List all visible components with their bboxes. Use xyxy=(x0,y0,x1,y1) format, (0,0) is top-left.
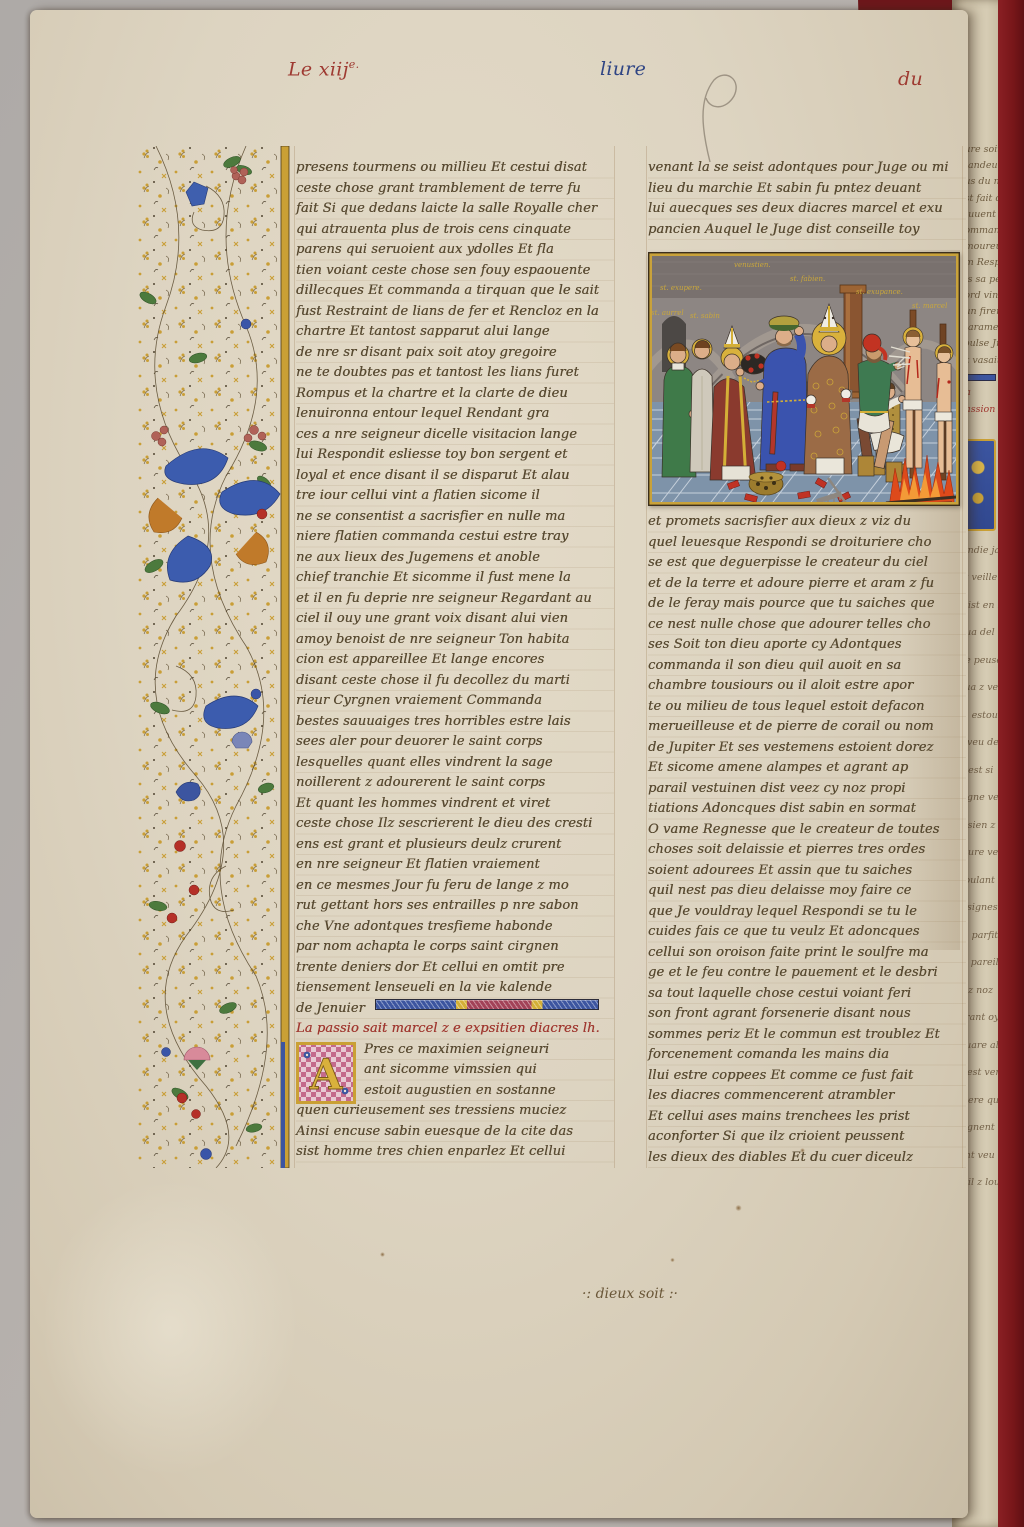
text-line: llui estre coppees Et comme ce fust fait xyxy=(648,1066,966,1087)
text-line: ceste chose grant tramblement de terre f… xyxy=(296,179,614,200)
fox-spot xyxy=(735,1205,742,1211)
text-line: de le feray mais pource que tu saiches q… xyxy=(648,594,966,615)
text-line: tien voiant ceste chose sen fouy espaoue… xyxy=(296,261,614,282)
text-line: te ou milieu de tous lequel estoit defac… xyxy=(648,697,966,718)
text-line: cion est appareillee Et lange encores xyxy=(296,650,614,671)
text-line: qui atrauenta plus de trois cens cinquat… xyxy=(296,220,614,241)
text-line: sommes periz Et le commun est troublez E… xyxy=(648,1025,966,1046)
text-line: Et sicome amene alampes et agrant ap xyxy=(648,758,966,779)
text-line: les diacres commencerent atrambler xyxy=(648,1086,966,1107)
text-line: Et quant les hommes vindrent et viret xyxy=(296,794,614,815)
text-line: ceste chose Ilz sescrierent le dieu des … xyxy=(296,814,614,835)
miniature-label: st. marcel xyxy=(912,302,947,310)
text-line: commanda il son dieu quil auoit en sa xyxy=(648,656,966,677)
text-line: ses Soit ton dieu aporte cy Adontques xyxy=(648,635,966,656)
manuscript-photo: vure soit estmandeuoitvus du miest fait … xyxy=(0,0,1024,1527)
jenvier-line: de Jenuier xyxy=(296,999,614,1020)
initial-letter: A xyxy=(309,1050,344,1099)
text-line: rut gettant hors ses entrailles p nre sa… xyxy=(296,896,614,917)
right-column-lines-below: et promets sacrisfier aux dieux z viz du… xyxy=(648,512,966,1168)
text-line: chief tranchie Et sicomme il fust mene l… xyxy=(296,568,614,589)
initial-paragraph: A Pres ce maximien seigneuriant sicomme … xyxy=(296,1040,614,1102)
text-line: lui Respondit esliesse toy bon sergent e… xyxy=(296,445,614,466)
text-line: se est que deguerpisse le createur du ci… xyxy=(648,553,966,574)
text-line: disant ceste chose il fu decollez du mar… xyxy=(296,671,614,692)
text-line: lieu du marchie Et sabin fu pntez deuant xyxy=(648,179,966,200)
text-line: ce nest nulle chose que adourer telles c… xyxy=(648,615,966,636)
text-line: de Jupiter Et ses vestemens estoient dor… xyxy=(648,738,966,759)
text-line: en ce mesmes Jour fu feru de lange z mo xyxy=(296,876,614,897)
text-line: de nre sr disant paix soit atoy gregoire xyxy=(296,343,614,364)
text-line: et il en fu deprie nre seigneur Regardan… xyxy=(296,589,614,610)
text-line: ne aux lieux des Jugemens et anoble xyxy=(296,548,614,569)
pen-flourish xyxy=(680,70,752,166)
miniature-label: st. fabien. xyxy=(790,275,825,283)
ruling-line xyxy=(294,146,295,1168)
text-line: sist homme tres chien enparlez Et cellui xyxy=(296,1142,614,1163)
text-line: ciel il ouy une grant voix disant alui v… xyxy=(296,609,614,630)
text-line: sa tout laquelle chose cestui voiant fer… xyxy=(648,984,966,1005)
text-column-right-bottom: et promets sacrisfier aux dieux z viz du… xyxy=(648,512,966,1168)
page-stain xyxy=(40,1178,300,1478)
text-line: tre iour cellui vint a flatien sicome il xyxy=(296,486,614,507)
floral-border xyxy=(136,146,292,1168)
after-initial-lines: quen curieusement ses tressiens muciezAi… xyxy=(296,1101,614,1163)
text-line: pancien Auquel le Juge dist conseille to… xyxy=(648,220,966,241)
text-line: niere flatien commanda cestui estre tray xyxy=(296,527,614,548)
text-line: che Vne adontques tresfieme habonde xyxy=(296,917,614,938)
fox-spot xyxy=(380,1252,385,1257)
text-line: cuides fais ce que tu veulz Et adoncques xyxy=(648,922,966,943)
text-line: les dieux des diables Et du cuer diceulz xyxy=(648,1148,966,1169)
text-line: lesquelles quant elles vindrent la sage xyxy=(296,753,614,774)
text-line: en nre seigneur Et flatien vraiement xyxy=(296,855,614,876)
miniature-label: st. exupance. xyxy=(856,288,903,296)
text-column-left: presens tourmens ou millieu Et cestui di… xyxy=(296,158,614,1163)
text-line: et de la terre et adoure pierre et aram … xyxy=(648,574,966,595)
header-left-text: Le xiij xyxy=(288,58,349,80)
text-line: fust Restraint de lians de fer et Renclo… xyxy=(296,302,614,323)
text-line: parens qui seruoient aux ydolles Et fla xyxy=(296,240,614,261)
miniature-label: st. exupere. xyxy=(660,284,702,292)
header-left-superscript: e. xyxy=(349,58,360,71)
text-line: soient adourees Et assin que tu saiches xyxy=(648,861,966,882)
text-line: dillecques Et commanda a tirquan que le … xyxy=(296,281,614,302)
text-line: Ainsi encuse sabin euesque de la cite da… xyxy=(296,1122,614,1143)
text-line: Rompus et la chartre et la clarte de die… xyxy=(296,384,614,405)
text-line: son front agrant forsenerie disant nous xyxy=(648,1004,966,1025)
text-line: aconforter Si que ilz crioient peussent xyxy=(648,1127,966,1148)
manuscript-page: Le xiije. liure du xyxy=(30,10,968,1518)
text-line: et promets sacrisfier aux dieux z viz du xyxy=(648,512,966,533)
text-line: fait Si que dedans laicte la salle Royal… xyxy=(296,199,614,220)
text-line: forcenement comanda les mains dia xyxy=(648,1045,966,1066)
text-line: Et cellui ases mains trenchees les prist xyxy=(648,1107,966,1128)
text-line: trente deniers dor Et cellui en omtit pr… xyxy=(296,958,614,979)
text-line: que Je vouldray lequel Respondi se tu le xyxy=(648,902,966,923)
text-line: sees aler pour deuorer le saint corps xyxy=(296,732,614,753)
text-line: merueilleuse et de pierre de corail ou n… xyxy=(648,717,966,738)
text-line: bestes sauuaiges tres horribles estre la… xyxy=(296,712,614,733)
line-filler-bar xyxy=(375,999,599,1010)
text-line: quen curieusement ses tressiens muciez xyxy=(296,1101,614,1122)
text-line: tiensement lenseueli en la vie kalende xyxy=(296,978,614,999)
ruling-line xyxy=(614,146,615,1168)
text-line: lenuironna entour lequel Rendant gra xyxy=(296,404,614,425)
right-column-lines-above: venant la se seist adontques pour Juge o… xyxy=(648,158,966,240)
text-line: ens est grant et plusieurs deulz crurent xyxy=(296,835,614,856)
text-column-right-top: venant la se seist adontques pour Juge o… xyxy=(648,158,966,240)
text-line: chambre tousiours ou il aloit estre apor xyxy=(648,676,966,697)
rubric-line: La passio sait marcel z e expsitien diac… xyxy=(296,1019,614,1040)
ruling-line xyxy=(646,146,647,1168)
border-gold-bar xyxy=(281,146,289,1168)
jenvier-text: de Jenuier xyxy=(296,1001,365,1016)
text-line: ne se consentist a sacrisfier en nulle m… xyxy=(296,507,614,528)
miniature-martyrdom-scene: st. exupere. venustien. st. fabien. st. … xyxy=(648,252,960,506)
border-bar-blue-segment xyxy=(281,1042,285,1168)
text-line: loyal et ence disant il se disparut Et a… xyxy=(296,466,614,487)
text-line: venant la se seist adontques pour Juge o… xyxy=(648,158,966,179)
text-line: chartre Et tantost sapparut alui lange xyxy=(296,322,614,343)
fox-spot xyxy=(670,1258,675,1262)
running-header-center: liure xyxy=(600,58,646,80)
catchword: ·: dieux soit :· xyxy=(530,1286,730,1302)
text-line: cellui son oroison faite print le soulfr… xyxy=(648,943,966,964)
text-line: quil nest pas dieu delaisse moy faire ce xyxy=(648,881,966,902)
text-line: O vame Regnesse que le createur de toute… xyxy=(648,820,966,841)
left-column-lines: presens tourmens ou millieu Et cestui di… xyxy=(296,158,614,999)
text-line: amoy benoist de nre seigneur Ton habita xyxy=(296,630,614,651)
text-line: tiations Adoncques dist sabin en sormat xyxy=(648,799,966,820)
text-line: ne te doubtes pas et tantost les lians f… xyxy=(296,363,614,384)
text-line: rieur Cyrgnen vraiement Commanda xyxy=(296,691,614,712)
running-header-left: Le xiije. xyxy=(288,58,359,80)
miniature-label: st. sabin xyxy=(690,312,720,320)
text-line: noillerent z adourerent le saint corps xyxy=(296,773,614,794)
running-header-right: du xyxy=(898,68,923,90)
text-line: lui auecques ses deux diacres marcel et … xyxy=(648,199,966,220)
illuminated-initial: A xyxy=(296,1042,356,1104)
miniature-label: st. aurrel xyxy=(651,309,684,317)
text-line: par nom achapta le corps saint cirgnen xyxy=(296,937,614,958)
text-line: presens tourmens ou millieu Et cestui di… xyxy=(296,158,614,179)
border-gold-field xyxy=(136,146,278,1168)
text-line: parail vestuinen dist veez cy noz propi xyxy=(648,779,966,800)
text-line: choses soit delaissie et pierres tres or… xyxy=(648,840,966,861)
text-line: ces a nre seigneur dicelle visitacion la… xyxy=(296,425,614,446)
miniature-label: venustien. xyxy=(734,261,771,269)
text-line: quel leuesque Respondi se droituriere ch… xyxy=(648,533,966,554)
book-cover xyxy=(998,0,1024,1527)
text-line: ge et le feu contre le pauement et le de… xyxy=(648,963,966,984)
